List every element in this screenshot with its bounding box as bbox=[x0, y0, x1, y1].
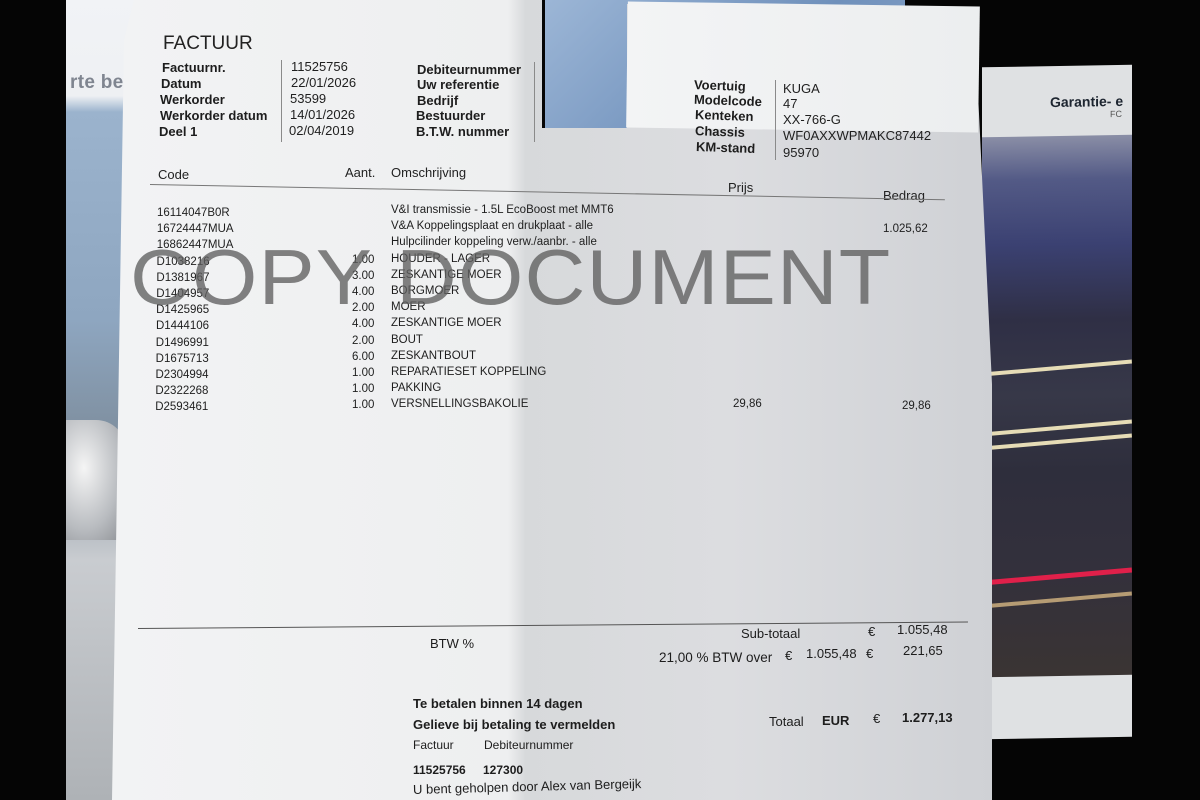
line-qty: 1.00 bbox=[352, 383, 374, 395]
col-qty: Aant. bbox=[345, 165, 375, 180]
line-code: 16114047B0R bbox=[157, 207, 230, 219]
line-qty: 1.00 bbox=[352, 399, 374, 411]
ref-debtor: 127300 bbox=[483, 763, 523, 777]
col-amount: Bedrag bbox=[883, 188, 925, 203]
line-desc: V&I transmissie - 1.5L EcoBoost met MMT6 bbox=[391, 204, 614, 216]
vat-line-label: 21,00 % BTW over bbox=[659, 650, 772, 665]
line-code: D2304994 bbox=[156, 369, 209, 381]
col-price: Prijs bbox=[728, 180, 753, 195]
btw-percent-label: BTW % bbox=[430, 636, 474, 651]
label-bedrijf: Bedrijf bbox=[417, 93, 458, 108]
line-qty: 1.00 bbox=[352, 367, 374, 379]
value-chassis: WF0AXXWPMAKC87442 bbox=[783, 128, 931, 143]
label-factuurnr: Factuurnr. bbox=[162, 60, 226, 75]
label-uw-referentie: Uw referentie bbox=[417, 77, 499, 92]
line-code: D2593461 bbox=[155, 401, 208, 413]
warranty-booklet: Garantie- e FC bbox=[982, 65, 1132, 740]
line-code: D2322268 bbox=[155, 385, 208, 397]
label-chassis: Chassis bbox=[695, 123, 745, 140]
value-voertuig: KUGA bbox=[783, 81, 820, 96]
value-werkorder-datum: 14/01/2026 bbox=[290, 107, 355, 122]
label-km-stand: KM-stand bbox=[696, 139, 756, 156]
col-code: Code bbox=[158, 167, 189, 182]
label-datum: Datum bbox=[161, 76, 201, 91]
line-desc: BOUT bbox=[391, 334, 423, 346]
header-divider-1 bbox=[281, 60, 282, 142]
line-desc: V&A Koppelingsplaat en drukplaat - alle bbox=[391, 220, 593, 232]
vat-base-value: 1.055,48 bbox=[806, 646, 857, 661]
subtotal-currency: € bbox=[868, 624, 875, 639]
line-desc: VERSNELLINGSBAKOLIE bbox=[391, 398, 528, 410]
vehicle-divider bbox=[775, 80, 776, 160]
invoice-title: FACTUUR bbox=[163, 33, 253, 55]
line-price: 29,86 bbox=[733, 398, 762, 410]
total-value: 1.277,13 bbox=[902, 710, 953, 725]
line-code: D1496991 bbox=[156, 337, 209, 349]
copy-document-watermark: COPY DOCUMENT bbox=[130, 232, 891, 323]
line-amount: 29,86 bbox=[902, 400, 931, 412]
line-desc: PAKKING bbox=[391, 382, 441, 394]
value-kenteken: XX-766-G bbox=[783, 112, 841, 127]
value-factuurnr: 11525756 bbox=[291, 59, 348, 74]
line-qty: 2.00 bbox=[352, 335, 374, 347]
col-desc: Omschrijving bbox=[391, 165, 466, 180]
label-kenteken: Kenteken bbox=[695, 107, 754, 124]
vat-amount-currency: € bbox=[866, 646, 873, 661]
label-werkorder: Werkorder bbox=[160, 92, 225, 107]
ref-label-debtor: Debiteurnummer bbox=[484, 738, 573, 752]
line-qty: 6.00 bbox=[352, 351, 374, 363]
booklet-title: Garantie- e bbox=[1050, 93, 1123, 110]
line-code: D1675713 bbox=[156, 353, 209, 365]
value-datum: 22/01/2026 bbox=[291, 75, 356, 90]
subtotal-label: Sub-totaal bbox=[741, 626, 800, 641]
label-deel: Deel 1 bbox=[159, 124, 197, 139]
label-btw-nummer: B.T.W. nummer bbox=[416, 124, 509, 139]
booklet-subtitle: FC bbox=[1110, 109, 1122, 119]
value-km-stand: 95970 bbox=[783, 145, 819, 160]
label-debiteurnummer: Debiteurnummer bbox=[417, 62, 521, 77]
line-desc: REPARATIESET KOPPELING bbox=[391, 366, 546, 378]
value-deel: 02/04/2019 bbox=[289, 123, 354, 138]
total-label: Totaal bbox=[769, 714, 804, 729]
value-modelcode: 47 bbox=[783, 96, 797, 111]
ref-label-invoice: Factuur bbox=[413, 738, 454, 752]
total-currency-code: EUR bbox=[822, 713, 849, 728]
subtotal-value: 1.055,48 bbox=[897, 622, 948, 637]
total-currency: € bbox=[873, 711, 880, 726]
value-werkorder: 53599 bbox=[290, 91, 326, 106]
label-bestuurder: Bestuurder bbox=[416, 108, 485, 123]
vat-base-currency: € bbox=[785, 648, 792, 663]
booklet-road-photo bbox=[982, 135, 1132, 678]
label-werkorder-datum: Werkorder datum bbox=[160, 108, 267, 123]
line-desc: ZESKANTBOUT bbox=[391, 350, 476, 362]
payment-mention: Gelieve bij betaling te vermelden bbox=[413, 717, 615, 732]
header-divider-2 bbox=[534, 62, 535, 142]
vat-amount-value: 221,65 bbox=[903, 643, 943, 658]
payment-term: Te betalen binnen 14 dagen bbox=[413, 696, 583, 711]
ref-invoice: 11525756 bbox=[413, 763, 466, 777]
